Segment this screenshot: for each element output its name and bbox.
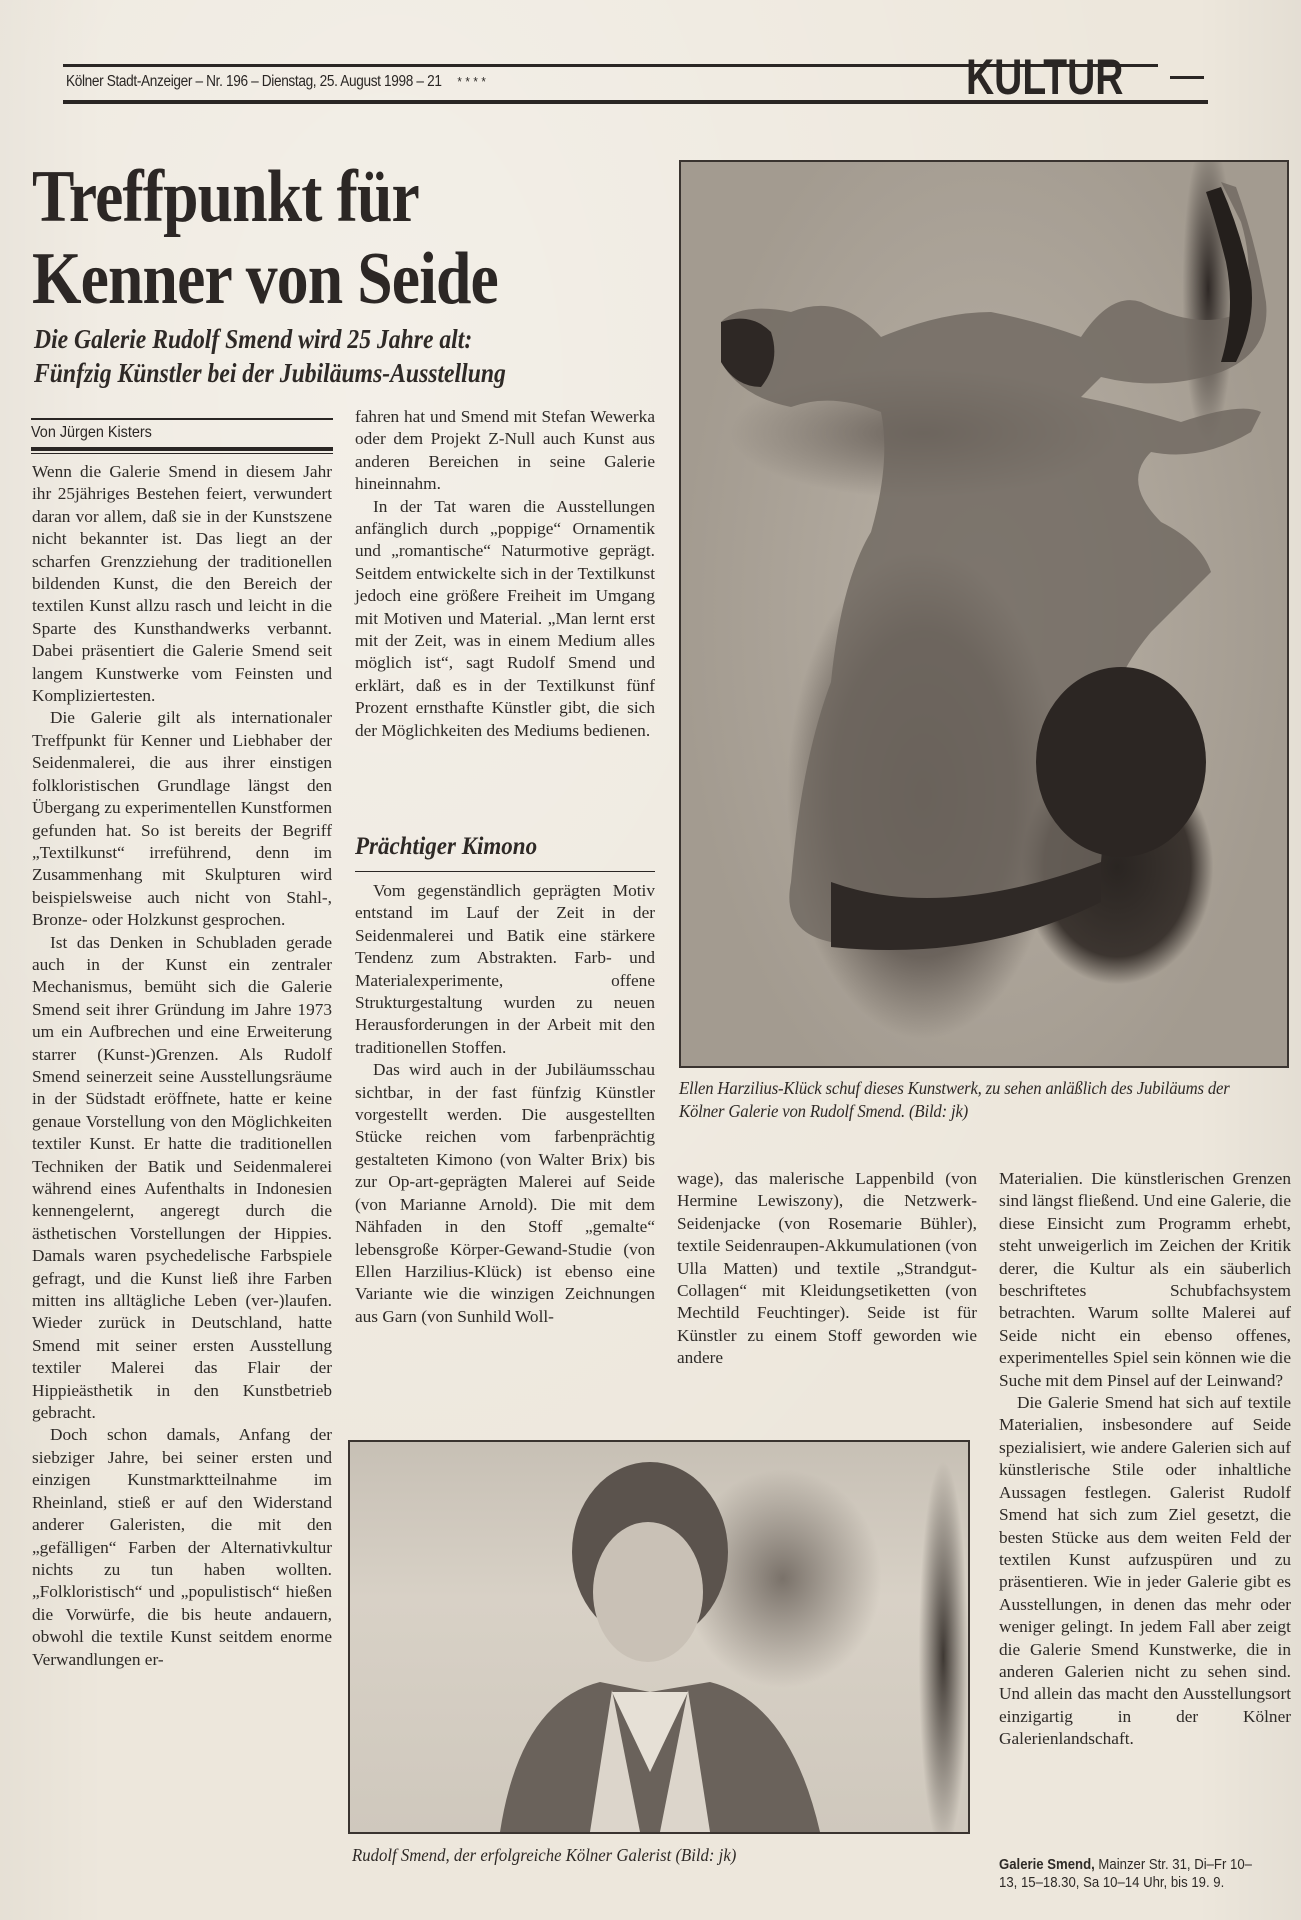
byline-rule-top: [31, 418, 333, 420]
paragraph: Das wird auch in der Jubiläumsschau sich…: [355, 1059, 655, 1328]
paragraph: Vom gegenständlich geprägten Motiv entst…: [355, 880, 655, 1059]
article-column-4: Materialien. Die künstlerischen Grenzen …: [999, 1168, 1291, 1751]
headline-line-1: Treffpunkt für: [32, 156, 582, 238]
portrait-photo: [348, 1440, 970, 1834]
article-column-2: fahren hat und Smend mit Stefan Wewerka …: [355, 406, 655, 742]
section-label: KULTUR: [966, 52, 1123, 102]
article-headline: Treffpunkt für Kenner von Seide: [32, 156, 582, 320]
paragraph: wage), das malerische Lappenbild (von He…: [677, 1168, 977, 1370]
article-column-1: Wenn die Galerie Smend in diesem Jahr ih…: [32, 461, 332, 1671]
section-heading: Prächtiger Kimono: [355, 833, 537, 861]
paragraph: Wenn die Galerie Smend in diesem Jahr ih…: [32, 461, 332, 707]
section-label-dash: [1170, 76, 1204, 79]
byline-rule-bottom: [31, 447, 333, 451]
article-column-3: wage), das malerische Lappenbild (von He…: [677, 1168, 977, 1370]
gallery-name: Galerie Smend,: [999, 1857, 1095, 1873]
masthead-publication-line: Kölner Stadt-Anzeiger – Nr. 196 – Dienst…: [66, 73, 489, 91]
publication-info: Kölner Stadt-Anzeiger – Nr. 196 – Dienst…: [66, 73, 442, 90]
article-subheadline: Die Galerie Rudolf Smend wird 25 Jahre a…: [34, 322, 636, 390]
artwork-figure-icon: [681, 162, 1287, 1066]
artwork-caption: Ellen Harzilius-Klück schuf dieses Kunst…: [679, 1077, 1251, 1123]
paragraph: Doch schon damals, Anfang der siebziger …: [32, 1424, 332, 1670]
textile-artwork-photo: [679, 160, 1289, 1068]
paragraph: Die Galerie gilt als internationaler Tre…: [32, 707, 332, 931]
byline-rule-thin: [31, 453, 333, 454]
paragraph: Die Galerie Smend hat sich auf textile M…: [999, 1392, 1291, 1751]
section-heading-rule: [355, 871, 655, 872]
edition-stars: ****: [457, 74, 489, 89]
article-column-2-continued: Vom gegenständlich geprägten Motiv entst…: [355, 880, 655, 1328]
paragraph: Materialien. Die künstlerischen Grenzen …: [999, 1168, 1291, 1392]
subhead-line-2: Fünfzig Künstler bei der Jubiläums-Ausst…: [34, 356, 636, 390]
subhead-line-1: Die Galerie Rudolf Smend wird 25 Jahre a…: [34, 322, 636, 356]
gallery-info: Galerie Smend, Mainzer Str. 31, Di–Fr 10…: [999, 1856, 1269, 1892]
portrait-caption: Rudolf Smend, der erfolgreiche Kölner Ga…: [352, 1845, 736, 1866]
person-silhouette-icon: [350, 1442, 968, 1832]
headline-line-2: Kenner von Seide: [32, 238, 582, 320]
paragraph: Ist das Denken in Schubladen gerade auch…: [32, 932, 332, 1425]
paragraph: In der Tat waren die Ausstellungen anfän…: [355, 496, 655, 742]
byline: Von Jürgen Kisters: [31, 424, 152, 442]
paragraph: fahren hat und Smend mit Stefan Wewerka …: [355, 406, 655, 496]
